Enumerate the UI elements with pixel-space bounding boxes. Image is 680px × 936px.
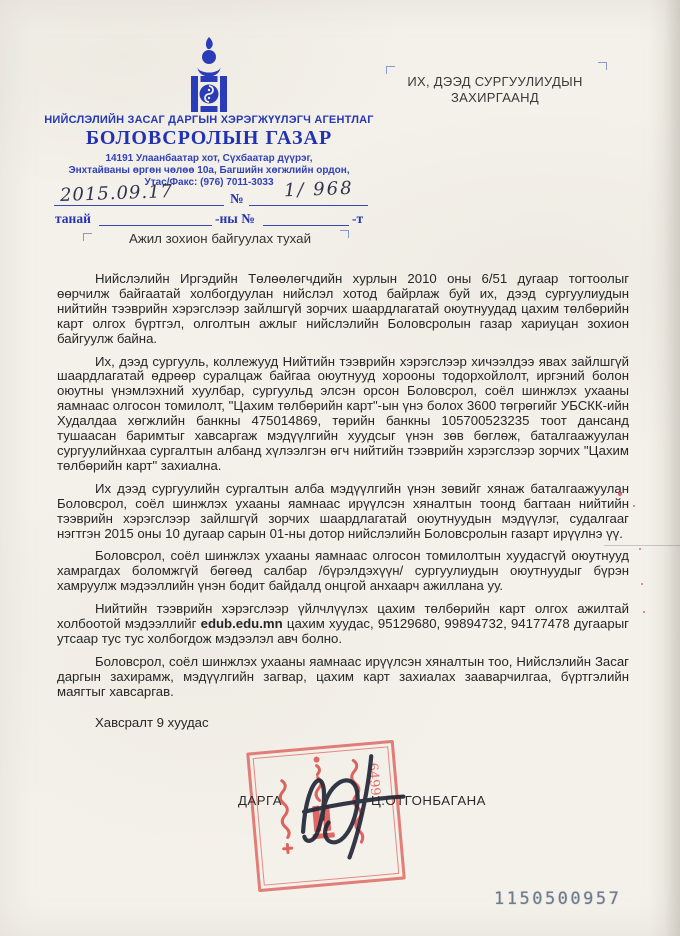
your-ref-underline-1 — [99, 225, 212, 226]
soyombo-emblem-icon — [183, 36, 235, 114]
paragraph-5: Нийтийн тээврийн хэрэгслээр үйлчлүүлэх ц… — [57, 602, 629, 647]
number-underline — [249, 205, 368, 206]
address-line-2: Энхтайваны өргөн чөлөө 10а, Багшийн хөгж… — [0, 165, 418, 176]
addressee-line-1: ИХ, ДЭЭД СУРГУУЛИУДЫН — [375, 74, 615, 90]
your-ref-underline-2 — [263, 225, 349, 226]
number-sign-label: № — [230, 191, 244, 207]
paragraph-1: Нийслэлийн Иргэдийн Төлөөлөгчдийн хурлын… — [57, 272, 629, 347]
address-line-1: 14191 Улаанбаатар хот, Сүхбаатар дүүрэг, — [0, 153, 418, 164]
website-text: edub.edu.mn — [201, 616, 283, 631]
signature-icon — [273, 745, 479, 873]
signer-name: Ц.ОТГОНБАГАНА — [371, 793, 486, 808]
paragraph-6: Боловсрол, соёл шинжлэх ухааны яамнаас и… — [57, 655, 629, 700]
your-ref-suffix: -т — [352, 211, 363, 227]
corner-bracket-close-icon — [598, 62, 607, 70]
scanned-official-letter: НИЙСЛЭЛИЙН ЗАСАГ ДАРГЫН ХЭРЭГЖҮҮЛЭГЧ АГЕ… — [0, 0, 680, 936]
your-ref-prefix: танай — [55, 211, 91, 227]
paragraph-3: Их дээд сургуулийн сургалтын алба мэдүүл… — [57, 482, 629, 542]
ink-speckles — [618, 492, 622, 496]
corner-bracket-close-icon — [340, 230, 349, 238]
crease-line — [604, 545, 680, 546]
organization-name: БОЛОВСРОЛЫН ГАЗАР — [0, 127, 418, 150]
your-ref-middle: -ны № — [215, 211, 255, 227]
agency-name: НИЙСЛЭЛИЙН ЗАСАГ ДАРГЫН ХЭРЭГЖҮҮЛЭГЧ АГЕ… — [0, 114, 418, 126]
subject-line: Ажил зохион байгуулах тухай — [85, 231, 355, 246]
letter-body: Нийслэлийн Иргэдийн Төлөөлөгчдийн хурлын… — [57, 272, 629, 738]
handwritten-date: 2015.09.17 — [60, 181, 174, 206]
addressee-block: ИХ, ДЭЭД СУРГУУЛИУДЫН ЗАХИРГААНД — [375, 74, 615, 106]
addressee-line-2: ЗАХИРГААНД — [375, 90, 615, 106]
corner-bracket-open-icon — [386, 66, 395, 74]
handwritten-ref-number: 1/ 968 — [284, 178, 354, 201]
attachment-note: Хавсралт 9 хуудас — [57, 716, 629, 731]
date-underline — [54, 205, 224, 206]
paragraph-2: Их, дээд сургууль, коллежууд Нийтийн тээ… — [57, 355, 629, 474]
serial-number: 1150500957 — [494, 889, 621, 909]
paragraph-4: Боловсрол, соёл шинжлэх ухааны яамнаас о… — [57, 549, 629, 594]
